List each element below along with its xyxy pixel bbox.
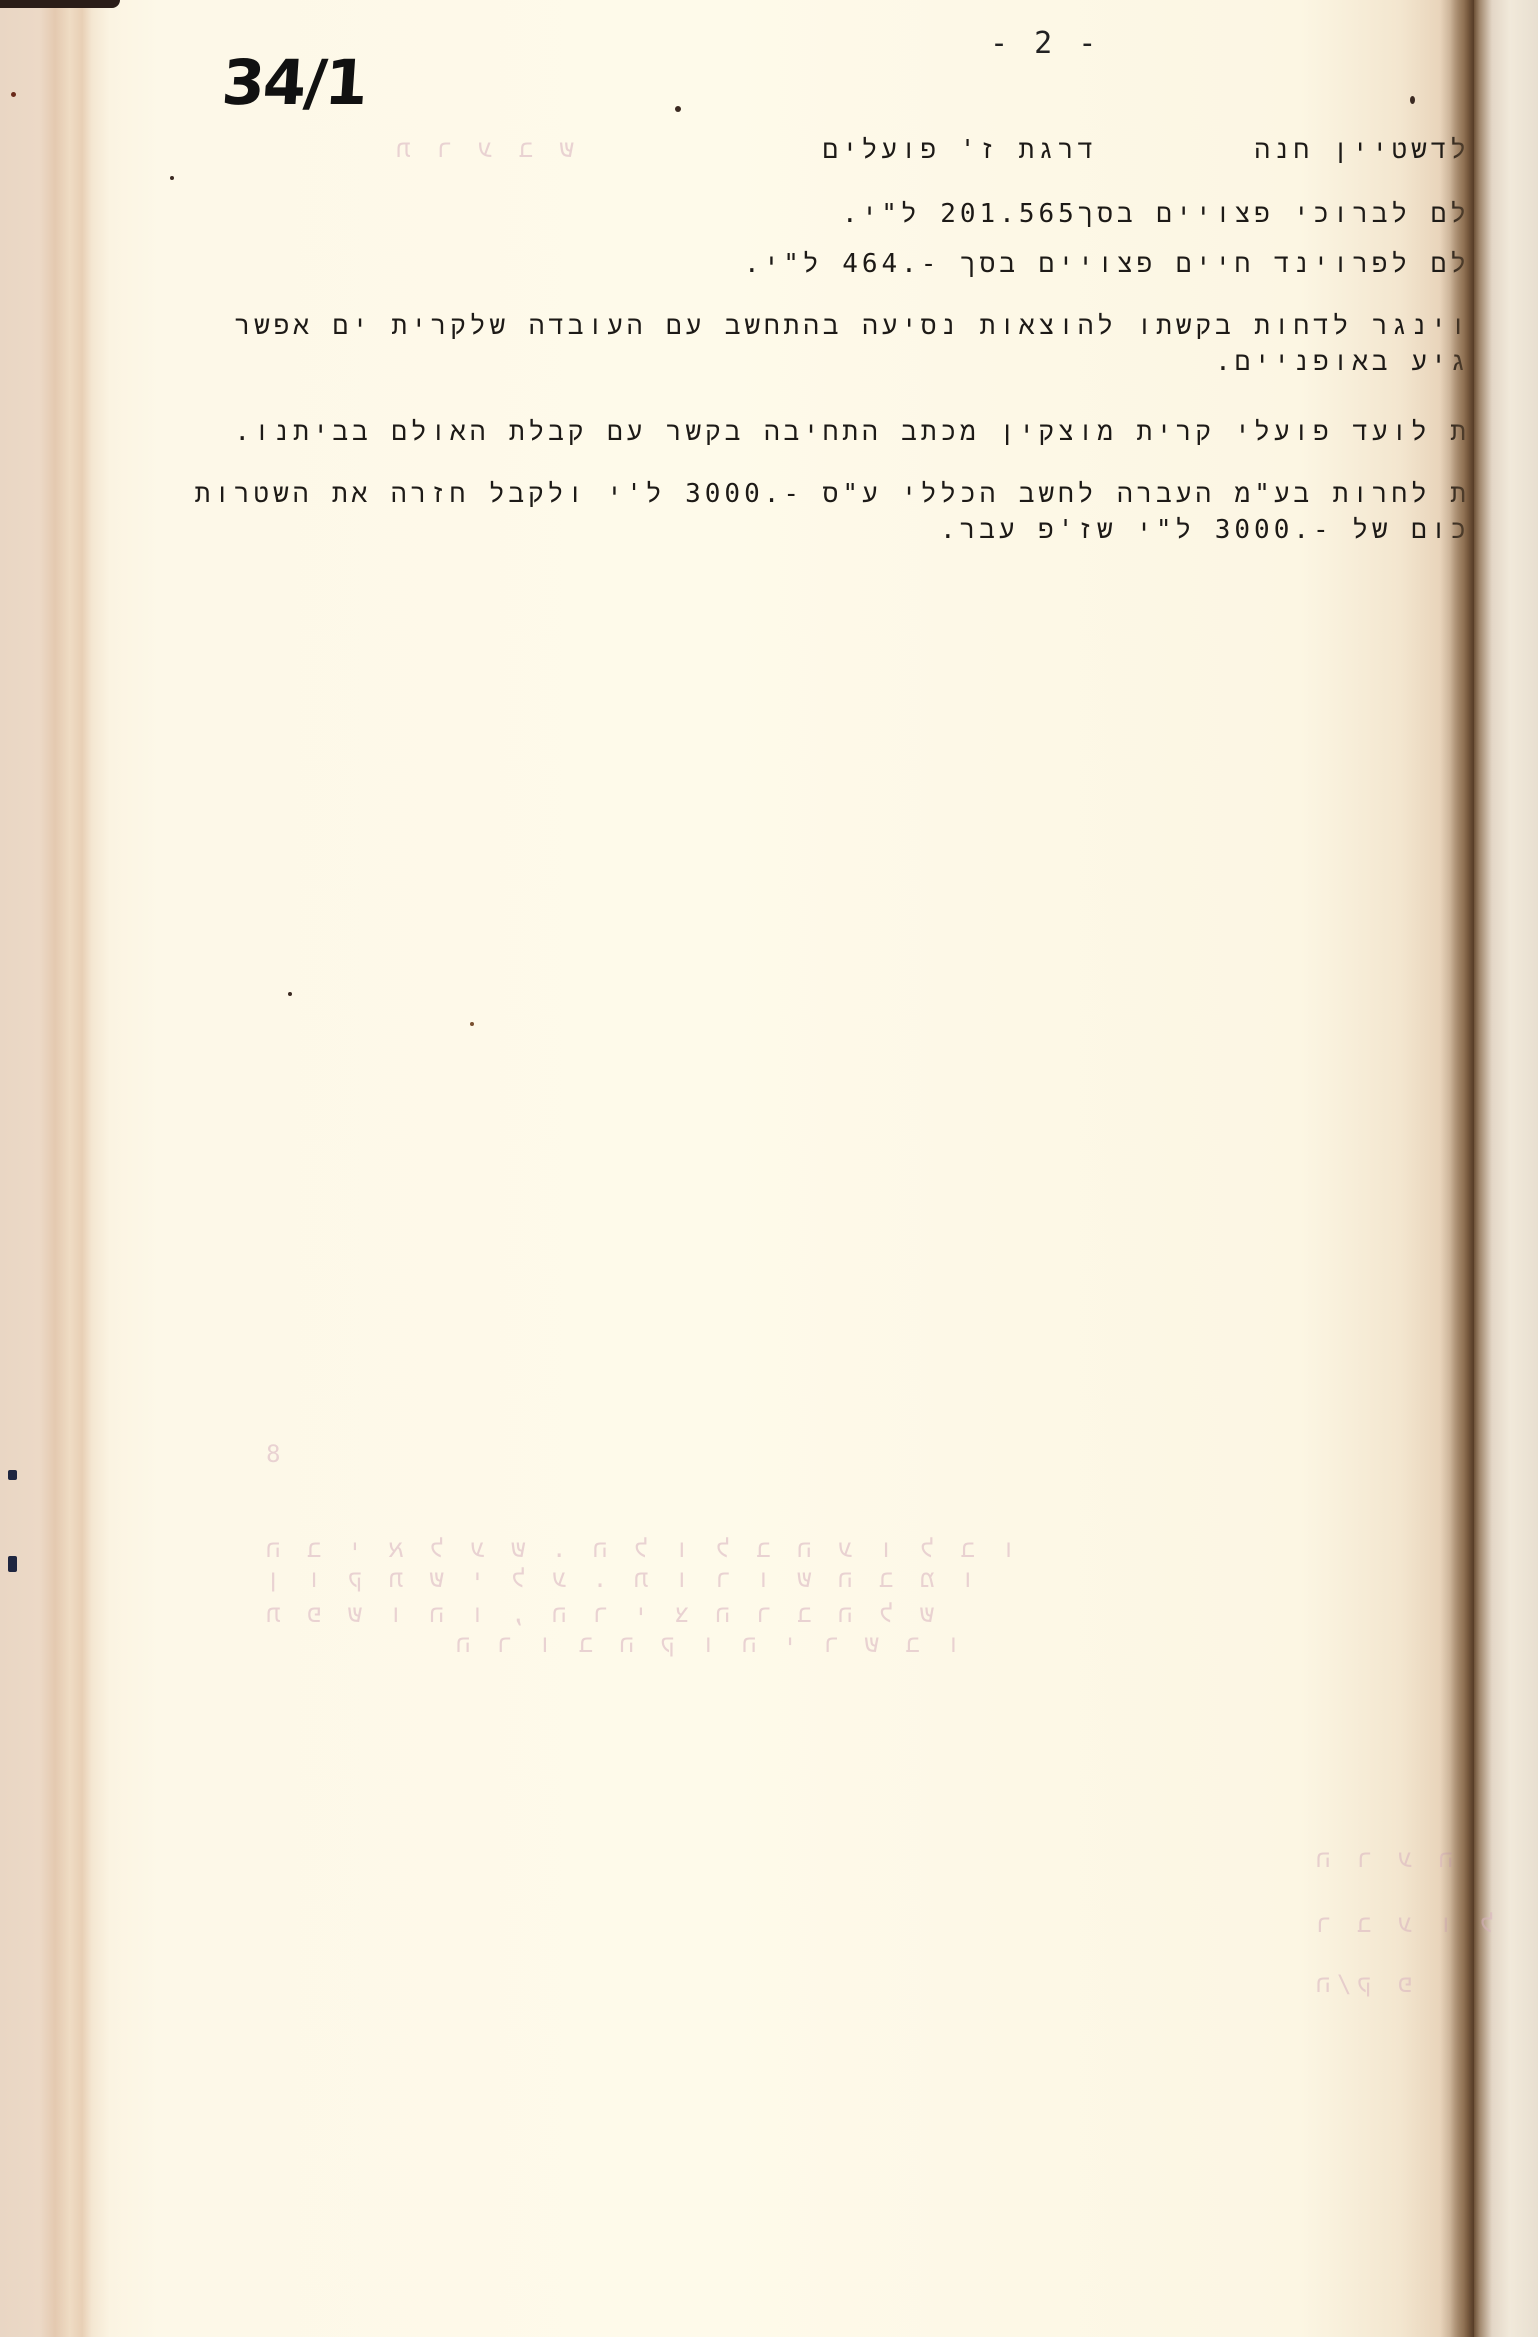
bleed-through-text: ה ר ע ה: [1310, 1845, 1453, 1875]
ink-speck: [675, 106, 681, 112]
text-line-compensation-baruchi: לם לברוכי פצויים בסך201.565 ל"י.: [70, 196, 1470, 232]
ink-speck: [470, 1022, 474, 1026]
bleed-through-text: ה ר ו ב ה ק ו ה י ר ש ב ו: [450, 1630, 961, 1660]
scan-edge-shadow: [0, 0, 120, 8]
bleed-through-text: ר ב ע ו ל: [1310, 1910, 1494, 1940]
bleed-through-text: ה/ק פ: [1310, 1970, 1412, 2000]
text-paragraph-herut-transfer: ת לחרות בע"מ העברה לחשב הכללי ע"ס -.3000…: [70, 476, 1470, 548]
bleed-through-text: ן ו ק ת ש י ל ע . ת ו ר ו ש ה ב מ ו: [260, 1565, 975, 1595]
binding-staple-mark: [8, 1556, 17, 1572]
binding-staple-mark: [8, 1470, 17, 1480]
bleed-through-text: 8: [260, 1440, 280, 1468]
text-line-motzkin-committee: ת לועד פועלי קרית מוצקין מכתב התחיבה בקש…: [70, 414, 1470, 450]
bleed-through-text: ת פ ש ו ה ו , ה ר י צ ה ר ב ה ל ש: [260, 1600, 934, 1630]
ink-speck: [288, 992, 292, 996]
bleed-through-text: ה ב י א ל ע ש . ה ל ו ל ב ה ע ו ל ב ו: [260, 1535, 1016, 1565]
text-paragraph-travel-expenses: וינגר לדחות בקשתו להוצאות נסיעה בהתחשב ע…: [70, 308, 1470, 380]
ink-speck: [1410, 96, 1415, 104]
ink-speck: [170, 176, 174, 180]
ink-speck: [11, 92, 16, 97]
text-line-compensation-freund: לם לפרוינד חיים פצויים בסך -.464 ל"י.: [70, 246, 1470, 282]
text-line-name-grade: לדשטיין חנה דרגת ז' פועלים: [70, 132, 1470, 168]
handwritten-reference-number: 34/1: [219, 46, 368, 119]
page-number: - 2 -: [990, 26, 1100, 61]
scanned-document-page: ת ר ע ב ש 8 ה ב י א ל ע ש . ה ל ו ל ב ה …: [0, 0, 1538, 2337]
